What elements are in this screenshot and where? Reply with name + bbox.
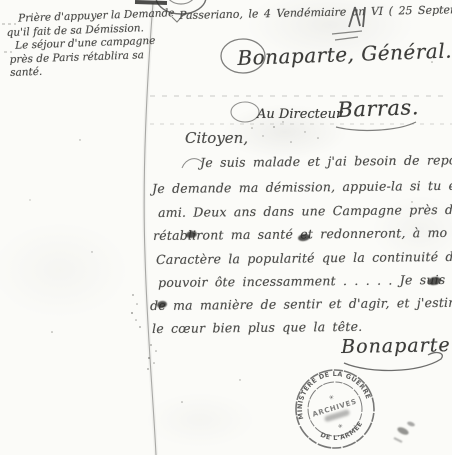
recipient-flourish-icon	[231, 102, 259, 122]
body-line: ami. Deux ans dans une Campagne près de …	[158, 202, 452, 220]
signature: Bonaparte	[341, 334, 451, 358]
stamp-star-icon: ✳	[337, 423, 344, 431]
salutation: Citoyen,	[185, 129, 248, 147]
body-line: pouvoir ôte incessamment . . . . . Je su…	[158, 271, 452, 290]
manuscript-page: Prière d'appuyer la Demande qu'il fait d…	[0, 0, 452, 455]
stamp-star-icon: ✳	[328, 394, 335, 402]
recipient-prefix: Au Directeur	[257, 107, 342, 122]
ink-smudge	[394, 421, 415, 442]
stamp-bottom-arc-text: DE L'ARMÉE	[317, 418, 367, 447]
archive-stamp: MINISTÈRE DE LA GUERRE DE L'ARMÉE ✳ ARCH…	[283, 357, 388, 455]
body-line: de ma manière de sentir et d'agir, et j'…	[150, 295, 452, 313]
top-flourish-inner-icon	[167, 0, 195, 4]
top-ink-bar	[135, 2, 167, 3]
body-line: Je demande ma démission, appuie-la si tu…	[152, 178, 452, 196]
date-underline	[332, 31, 362, 40]
body-line: Caractère la popularité que la continuit…	[156, 249, 452, 267]
recipient-name: Barras.	[337, 95, 419, 122]
sender-heading: Bonaparte, Général.	[237, 39, 452, 70]
margin-annotation: Prière d'appuyer la Demande qu'il fait d…	[6, 8, 150, 80]
barras-underline	[336, 122, 416, 130]
body-line: le cœur bien plus que la tête.	[152, 319, 362, 336]
svg-text:DE L'ARMÉE: DE L'ARMÉE	[317, 418, 367, 447]
body-lead-flourish	[182, 159, 202, 168]
dateline: Passeriano, le 4 Vendémiaire an VI ( 25 …	[179, 2, 452, 22]
body-line: Je suis malade et j'ai besoin de repo	[200, 152, 452, 170]
